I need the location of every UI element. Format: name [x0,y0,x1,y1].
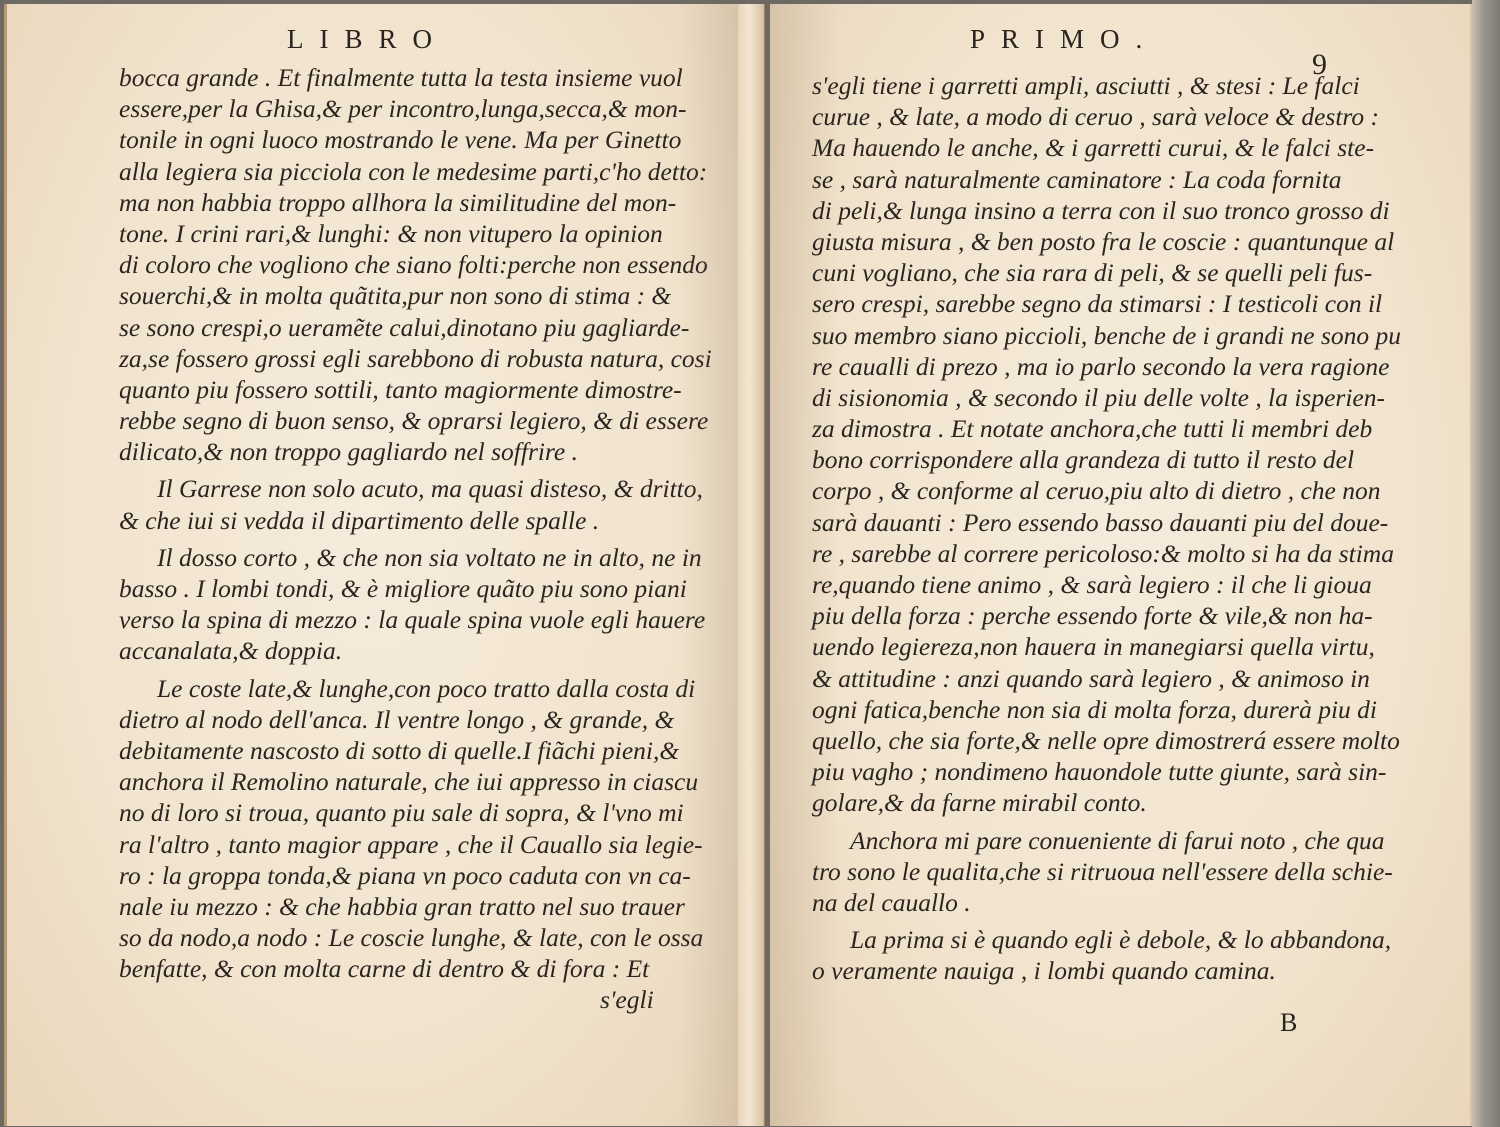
text-line: za dimostra . Et notate anchora,che tutt… [812,413,1401,444]
text-line: verso la spina di mezzo : la quale spina… [119,604,712,635]
text-line: so da nodo,a nodo : Le coscie lunghe, & … [119,922,712,953]
text-line: & che iui si vedda il dipartimento delle… [119,505,712,536]
text-line: sarà dauanti : Pero essendo basso dauant… [812,507,1401,538]
text-line: nale iu mezzo : & che habbia gran tratto… [119,891,712,922]
text-line: golare,& da farne mirabil conto. [812,787,1401,818]
text-line: & attitudine : anzi quando sarà legiero … [812,663,1401,694]
text-line: s'egli tiene i garretti ampli, asciutti … [812,70,1401,101]
text-line: dilicato,& non troppo gagliardo nel soff… [119,436,712,467]
text-line: re , sarebbe al correre pericoloso:& mol… [812,538,1401,569]
text-line: bono corrispondere alla grandeza di tutt… [812,444,1401,475]
text-line: di coloro che vogliono che siano folti:p… [119,249,712,280]
text-line: sero crespi, sarebbe segno da stimarsi :… [812,288,1401,319]
text-line: na del cauallo . [812,887,1401,918]
left-page: LIBRO bocca grande . Et finalmente tutta… [4,4,738,1126]
text-line: di sisionomia , & secondo il piu delle v… [812,382,1401,413]
running-head-right: PRIMO. [970,24,1158,55]
text-line: souerchi,& in molta quãtita,pur non sono… [119,280,712,311]
text-line: rebbe segno di buon senso, & oprarsi leg… [119,405,712,436]
text-line: no di loro si troua, quanto piu sale di … [119,797,712,828]
text-line: anchora il Remolino naturale, che iui ap… [119,766,712,797]
gutter-binding [738,4,766,1126]
book-spread: LIBRO bocca grande . Et finalmente tutta… [0,0,1500,1127]
text-line: se , sarà naturalmente caminatore : La c… [812,164,1401,195]
text-line: giusta misura , & ben posto fra le cosci… [812,226,1401,257]
text-line: cuni vogliano, che sia rara di peli, & s… [812,257,1401,288]
text-line: se sono crespi,o ueramẽte calui,dinotano… [119,312,712,343]
text-line: uendo legiereza,non hauera in manegiarsi… [812,631,1401,662]
text-line: suo membro siano piccioli, benche de i g… [812,320,1401,351]
text-line: o veramente nauiga , i lombi quando cami… [812,955,1401,986]
text-line: alla legiera sia picciola con le medesim… [119,156,712,187]
text-line: essere,per la Ghisa,& per incontro,lunga… [119,93,712,124]
text-line: za,se fossero grossi egli sarebbono di r… [119,343,712,374]
text-line: ro : la groppa tonda,& piana vn poco cad… [119,860,712,891]
text-line: piu della forza : perche essendo forte &… [812,600,1401,631]
text-line: tone. I crini rari,& lunghi: & non vitup… [119,218,712,249]
text-line: piu vagho ; nondimeno hauondole tutte gi… [812,756,1401,787]
text-line: tonile in ogni luoco mostrando le vene. … [119,124,712,155]
right-page: PRIMO. 9 s'egli tiene i garretti ampli, … [770,4,1472,1126]
text-line: quanto piu fossero sottili, tanto magior… [119,374,712,405]
text-line: bocca grande . Et finalmente tutta la te… [119,62,712,93]
signature-mark: B [1280,1008,1297,1038]
text-line: re,quando tiene animo , & sarà legiero :… [812,569,1401,600]
running-head-left: LIBRO [287,24,448,55]
text-line: Ma hauendo le anche, & i garretti curui,… [812,132,1401,163]
text-line: Anchora mi pare conueniente di farui not… [812,825,1401,856]
text-line: ogni fatica,benche non sia di molta forz… [812,694,1401,725]
text-line: di peli,& lunga insino a terra con il su… [812,195,1401,226]
text-line: curue , & late, a modo di ceruo , sarà v… [812,101,1401,132]
text-line: accanalata,& doppia. [119,635,712,666]
text-line: Il dosso corto , & che non sia voltato n… [119,542,712,573]
text-line: corpo , & conforme al ceruo,piu alto di … [812,475,1401,506]
left-page-text: bocca grande . Et finalmente tutta la te… [119,62,712,1016]
page-edge-shadow [1472,0,1500,1127]
text-line: re caualli di prezo , ma io parlo second… [812,351,1401,382]
text-line: debitamente nascosto di sotto di quelle.… [119,735,712,766]
text-line: ma non habbia troppo allhora la similitu… [119,187,712,218]
right-page-text: s'egli tiene i garretti ampli, asciutti … [812,70,1401,986]
text-line: ra l'altro , tanto magior appare , che i… [119,829,712,860]
text-line: Il Garrese non solo acuto, ma quasi dist… [119,473,712,504]
text-line: benfatte, & con molta carne di dentro & … [119,953,712,984]
text-line: La prima si è quando egli è debole, & lo… [812,924,1401,955]
text-line: basso . I lombi tondi, & è migliore quãt… [119,573,712,604]
catchword: s'egli [119,984,712,1015]
text-line: tro sono le qualita,che si ritruoua nell… [812,856,1401,887]
text-line: dietro al nodo dell'anca. Il ventre long… [119,704,712,735]
text-line: Le coste late,& lunghe,con poco tratto d… [119,673,712,704]
text-line: quello, che sia forte,& nelle opre dimos… [812,725,1401,756]
